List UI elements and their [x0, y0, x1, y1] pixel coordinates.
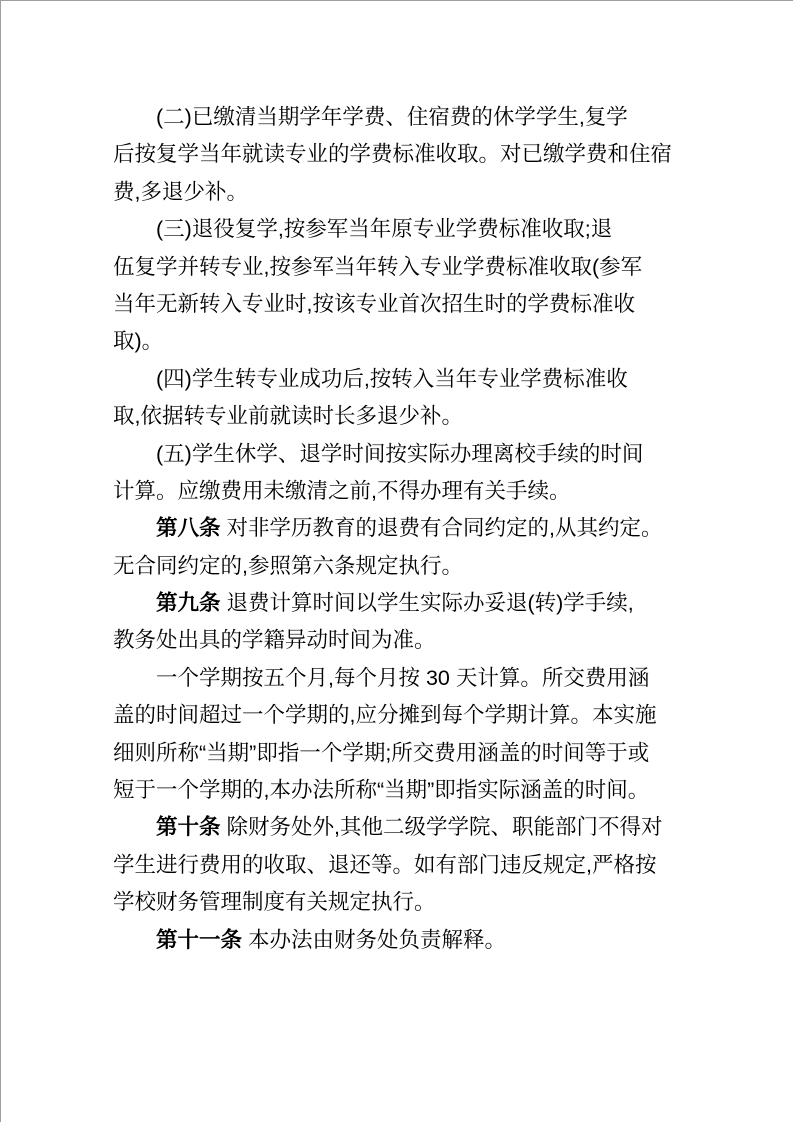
text-line: 当年无新转入专业时,按该专业首次招生时的学费标准收 [113, 286, 691, 323]
paragraph: 第八条 对非学历教育的退费有合同约定的,从其约定。 无合同约定的,参照第六条规定… [113, 510, 691, 585]
text-line: 无合同约定的,参照第六条规定执行。 [113, 548, 691, 585]
line-text: (四)学生转专业成功后,按转入当年专业学费标准收 [156, 367, 628, 391]
text-line: (五)学生休学、退学时间按实际办理离校手续的时间 [113, 436, 691, 473]
text-line: (四)学生转专业成功后,按转入当年专业学费标准收 [113, 361, 691, 398]
paragraph: (二)已缴清当期学年学费、住宿费的休学学生,复学 后按复学当年就读专业的学费标准… [113, 99, 691, 211]
text-line: (二)已缴清当期学年学费、住宿费的休学学生,复学 [113, 99, 691, 136]
text-line: 费,多退少补。 [113, 174, 691, 211]
line-text: (五)学生休学、退学时间按实际办理离校手续的时间 [156, 442, 643, 466]
text-line: (三)退役复学,按参军当年原专业学费标准收取;退 [113, 211, 691, 248]
text-line: 取,依据转专业前就读时长多退少补。 [113, 398, 691, 435]
text-line: 细则所称“当期”即指一个学期;所交费用涵盖的时间等于或 [113, 735, 691, 772]
text-line: 第九条 退费计算时间以学生实际办妥退(转)学手续, [113, 585, 691, 622]
text-line: 计算。应缴费用未缴清之前,不得办理有关手续。 [113, 473, 691, 510]
document-page: (二)已缴清当期学年学费、住宿费的休学学生,复学 后按复学当年就读专业的学费标准… [0, 0, 793, 1122]
paragraph: (三)退役复学,按参军当年原专业学费标准收取;退 伍复学并转专业,按参军当年转入… [113, 211, 691, 361]
line-text: 退费计算时间以学生实际办妥退(转)学手续, [221, 591, 634, 615]
text-line: 教务处出具的学籍异动时间为准。 [113, 622, 691, 659]
text-line: 后按复学当年就读专业的学费标准收取。对已缴学费和住宿 [113, 136, 691, 173]
text-line: 学校财务管理制度有关规定执行。 [113, 884, 691, 921]
paragraph: (四)学生转专业成功后,按转入当年专业学费标准收 取,依据转专业前就读时长多退少… [113, 361, 691, 436]
text-line: 取)。 [113, 323, 691, 360]
text-line: 第十一条 本办法由财务处负责解释。 [113, 922, 691, 959]
text-line: 一个学期按五个月,每个月按 30 天计算。所交费用涵 [113, 660, 691, 697]
line-text: 本办法由财务处负责解释。 [242, 928, 506, 952]
paragraph: 第十一条 本办法由财务处负责解释。 [113, 922, 691, 959]
article-number: 第十条 [156, 815, 221, 839]
line-text: (三)退役复学,按参军当年原专业学费标准收取;退 [156, 217, 612, 241]
article-number: 第八条 [156, 516, 221, 540]
line-text: 一个学期按五个月,每个月按 30 天计算。所交费用涵 [156, 666, 649, 690]
article-number: 第九条 [156, 591, 221, 615]
text-line: 第八条 对非学历教育的退费有合同约定的,从其约定。 [113, 510, 691, 547]
paragraph: 第十条 除财务处外,其他二级学学院、职能部门不得对 学生进行费用的收取、退还等。… [113, 809, 691, 921]
article-number: 第十一条 [156, 928, 242, 952]
paragraph: 一个学期按五个月,每个月按 30 天计算。所交费用涵 盖的时间超过一个学期的,应… [113, 660, 691, 810]
text-line: 短于一个学期的,本办法所称“当期”即指实际涵盖的时间。 [113, 772, 691, 809]
text-line: 学生进行费用的收取、退还等。如有部门违反规定,严格按 [113, 847, 691, 884]
text-line: 盖的时间超过一个学期的,应分摊到每个学期计算。本实施 [113, 697, 691, 734]
document-body: (二)已缴清当期学年学费、住宿费的休学学生,复学 后按复学当年就读专业的学费标准… [113, 99, 691, 959]
line-text: 对非学历教育的退费有合同约定的,从其约定。 [221, 516, 663, 540]
text-line: 第十条 除财务处外,其他二级学学院、职能部门不得对 [113, 809, 691, 846]
line-text: 除财务处外,其他二级学学院、职能部门不得对 [221, 815, 663, 839]
line-text: (二)已缴清当期学年学费、住宿费的休学学生,复学 [156, 105, 628, 129]
text-line: 伍复学并转专业,按参军当年转入专业学费标准收取(参军 [113, 249, 691, 286]
paragraph: (五)学生休学、退学时间按实际办理离校手续的时间 计算。应缴费用未缴清之前,不得… [113, 436, 691, 511]
paragraph: 第九条 退费计算时间以学生实际办妥退(转)学手续, 教务处出具的学籍异动时间为准… [113, 585, 691, 660]
